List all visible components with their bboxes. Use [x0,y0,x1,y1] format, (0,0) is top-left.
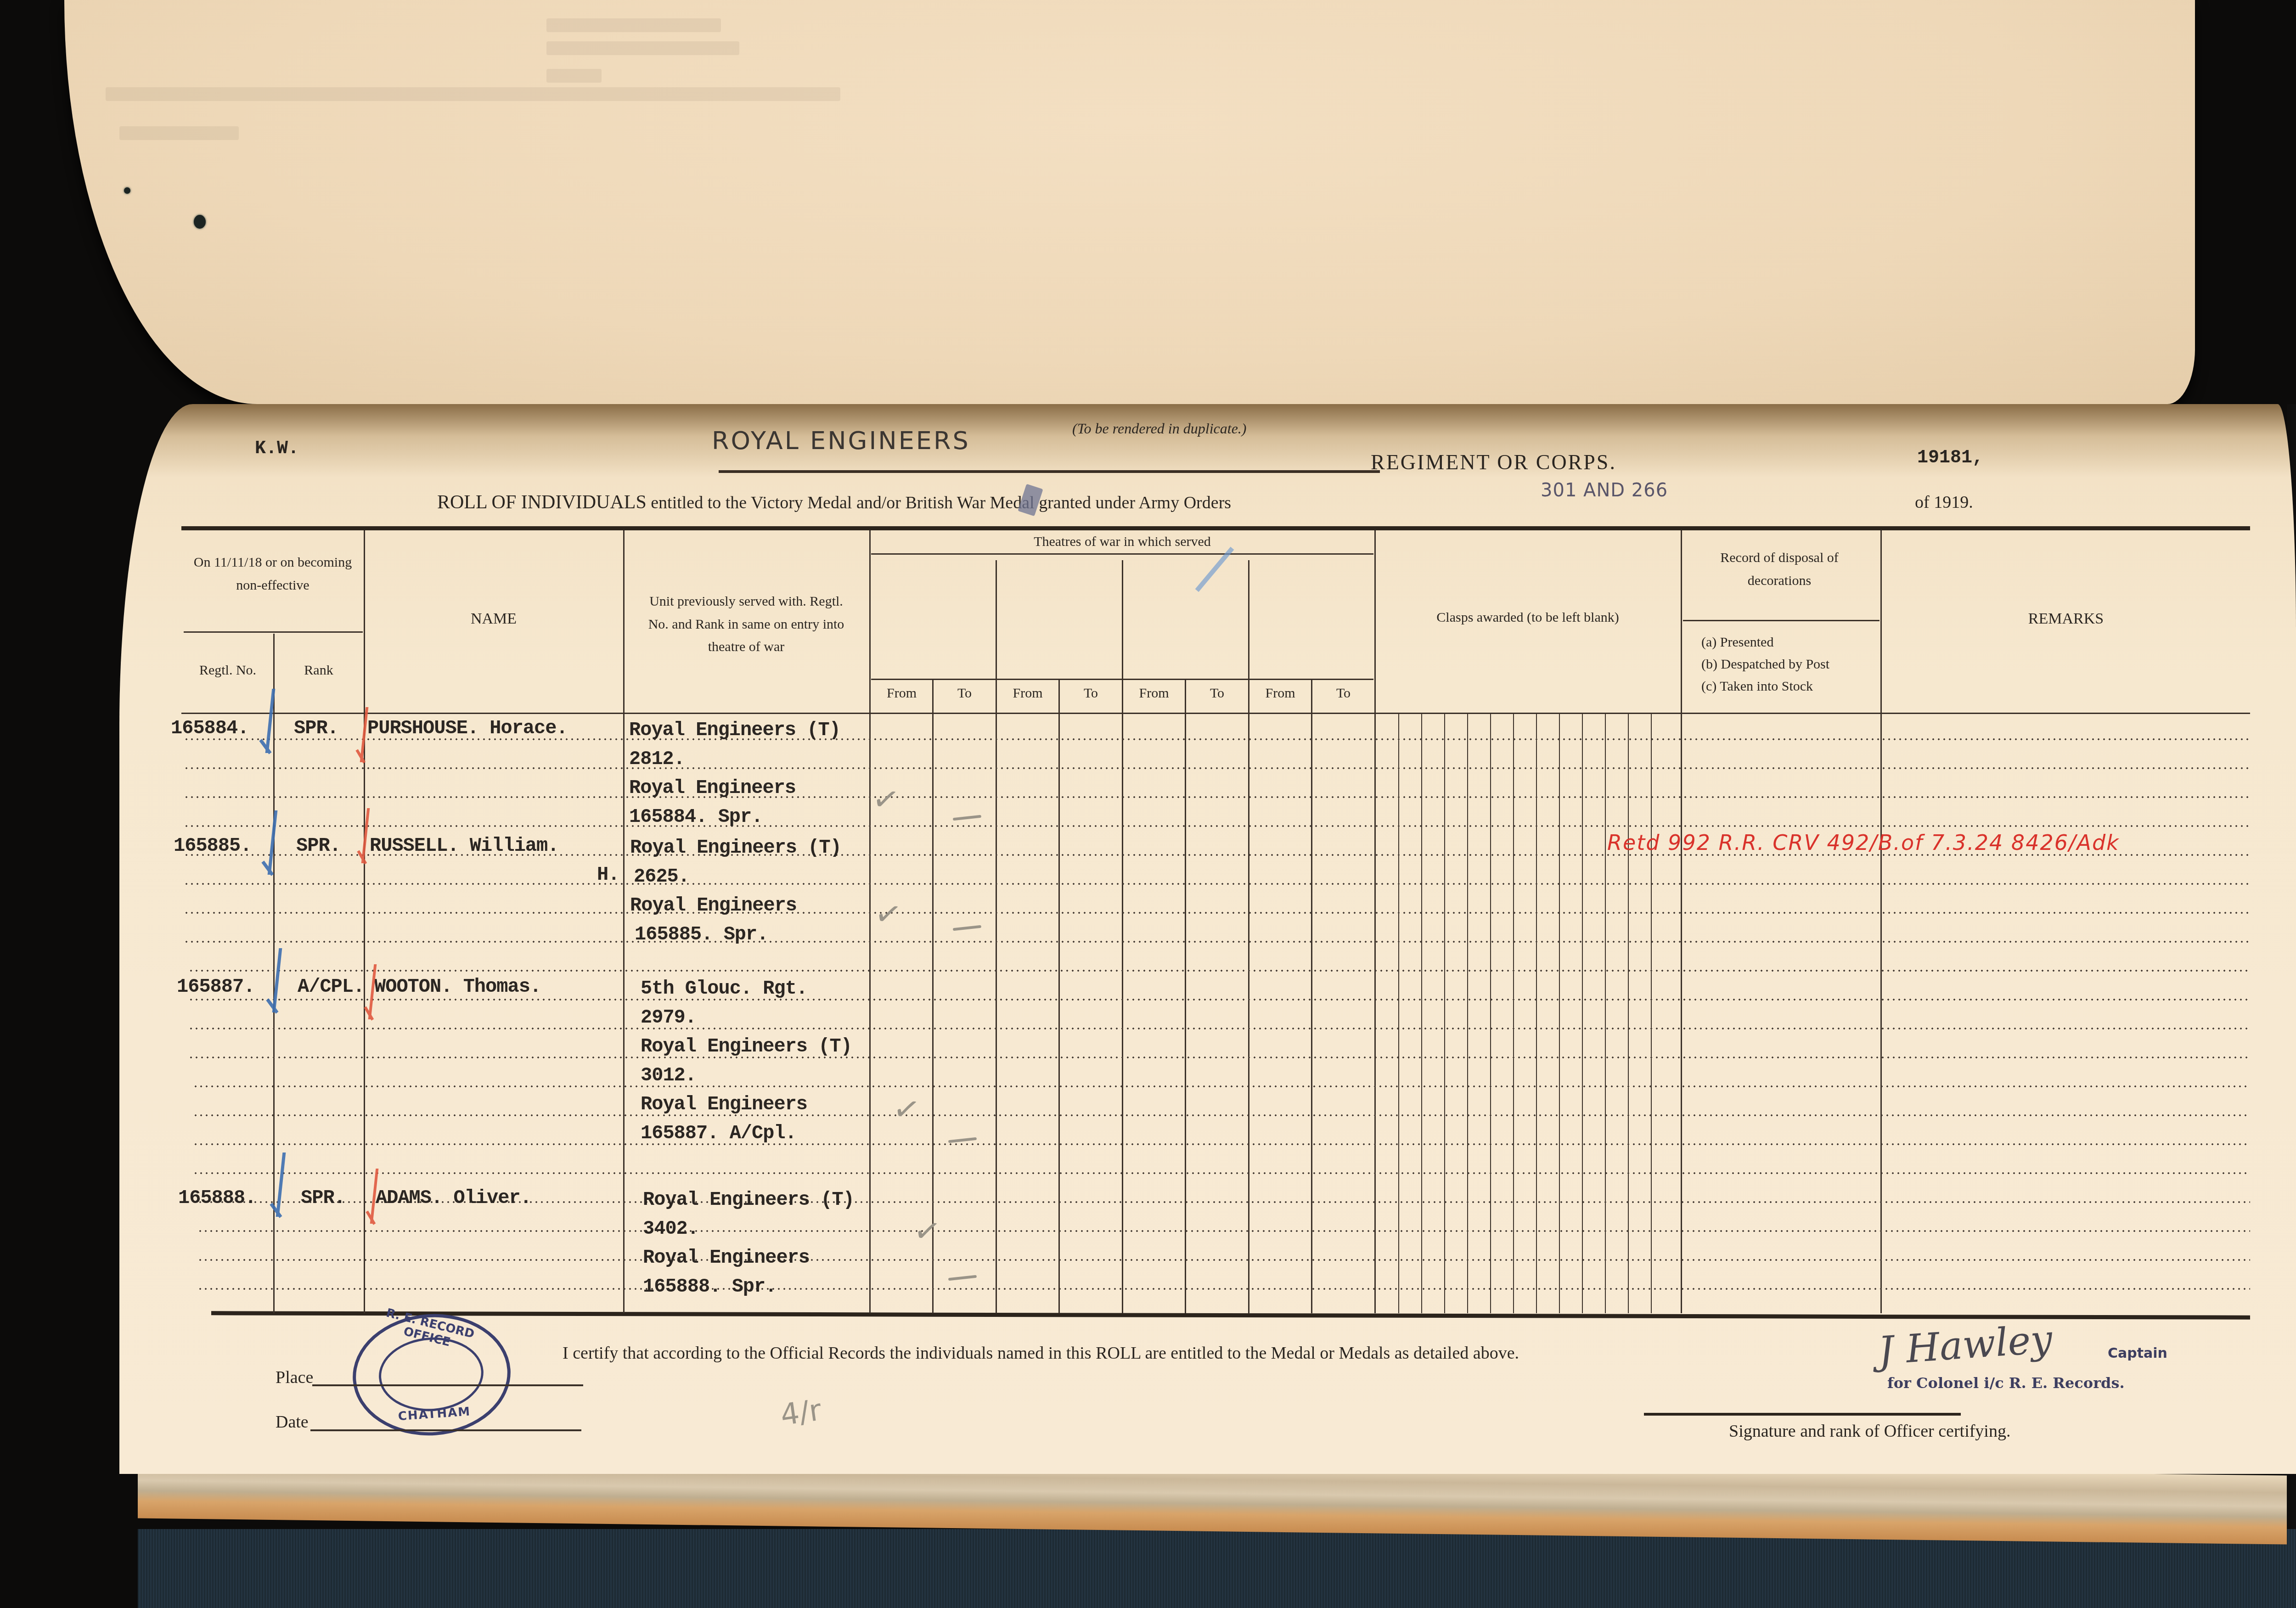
name: ADAMS. Oliver. [376,1187,531,1209]
dotted-rule [193,1114,2250,1116]
unit-header: Unit previously served with. Regtl. No. … [638,590,854,658]
bleed-through-text [546,18,721,32]
theatres-header: Theatres of war in which served [871,530,1373,553]
record-header: Record of disposal of decorations [1699,546,1860,592]
regiment-label: REGIMENT OR CORPS. [1371,450,1616,474]
clasp-divider [1490,714,1491,1313]
corps-title: ROYAL ENGINEERS [712,426,970,455]
dotted-rule [188,970,2250,972]
clasp-divider [1651,714,1652,1313]
record-option-presented: (a) Presented [1701,631,1876,653]
army-orders-number: 301 AND 266 [1541,480,1668,501]
clasp-divider [1559,714,1560,1313]
dotted-rule [184,796,2250,798]
dotted-rule [184,825,2250,827]
dotted-rule [193,1172,2250,1174]
unit-line: 2625. [634,866,689,888]
from-to-divider [1058,679,1060,1313]
signature-line [1644,1413,1961,1416]
clasps-header: Clasps awarded (to be left blank) [1376,606,1680,629]
corps-underline [719,470,1380,473]
name-header: NAME [365,606,622,632]
signature-caption: Signature and rank of Officer certifying… [1729,1421,2010,1441]
dotted-rule [193,1143,2250,1145]
unit-line: 165884. Spr. [629,806,762,828]
clasp-divider [1421,714,1422,1313]
header-bottom-rule [181,713,2250,714]
certification-statement: I certify that according to the Official… [563,1343,1519,1363]
year-reference: 19181, [1917,448,1983,468]
col-divider [1681,530,1682,1313]
theatre-3-from: From [1123,682,1185,705]
book-cover-bottom [138,1529,2296,1608]
regtl-no: 165887. [177,976,254,998]
regtl-no: 165885. [174,835,251,857]
unit-line: 2812. [629,748,685,770]
red-ink-remark: Retd 992 R.R. CRV 492/B.of 7.3.24 8426/A… [1607,830,2120,855]
bleed-through-text [546,41,739,55]
unit-line: 5th Glouc. Rgt. [641,978,807,1000]
name: RUSSELL. William. [370,835,558,857]
previous-page [64,0,2195,404]
theatre-4-to: To [1312,682,1374,705]
from-to-divider [1185,679,1186,1313]
roll-title-caps: ROLL OF INDIVIDUALS [437,492,647,513]
place-field [312,1384,583,1386]
unit-line: 165885. Spr. [635,923,768,945]
regtl-no-header: Regtl. No. [183,659,273,682]
dotted-rule [184,912,2250,914]
table-top-rule [181,526,2250,530]
binding-hole [194,215,206,229]
col-divider [1374,530,1376,1313]
effective-group-header: On 11/11/18 or on becoming non-effective [183,551,363,596]
col-divider [1122,560,1123,1313]
bleed-through-text [106,87,840,101]
unit-line: 165887. A/Cpl. [641,1122,796,1144]
clasp-divider [1628,714,1629,1313]
place-label: Place [276,1367,313,1388]
dotted-rule [184,767,2250,769]
unit-line: Royal Engineers (T) [629,719,840,741]
from-to-rule [871,679,1373,680]
unit-line: 165888. Spr. [643,1276,776,1298]
theatre-3-to: To [1186,682,1248,705]
office-stamp: for Colonel i/c R. E. Records. [1887,1374,2125,1392]
binding-hole [124,187,130,194]
record-option-post: (b) Despatched by Post [1701,653,1876,675]
dotted-rule [188,1028,2250,1029]
clasp-divider [1582,714,1583,1313]
dotted-rule [184,941,2250,943]
rank-stamp: Captain [2108,1345,2167,1361]
rank: SPR. [296,835,341,857]
theatres-rule [871,553,1373,555]
name: PURSHOUSE. Horace. [367,717,568,739]
col-divider [996,560,997,1313]
rank: SPR. [301,1187,345,1209]
dotted-rule [197,1288,2250,1290]
name: WOOTON. Thomas. [374,976,541,998]
col-divider [623,530,625,1313]
theatre-2-from: From [997,682,1058,705]
dotted-rule [188,999,2250,1001]
theatre-1-from: From [871,682,932,705]
effective-group-rule [184,631,363,633]
dotted-rule [188,1057,2250,1058]
unit-line: 3012. [641,1064,696,1086]
unit-line: 2979. [641,1006,696,1029]
duplicate-note: (To be rendered in duplicate.) [1072,420,1246,437]
col-divider [364,530,365,1313]
clerk-code: K.W. [255,439,299,459]
roll-title-rest: entitled to the Victory Medal and/or Bri… [647,493,1231,512]
from-to-divider [1311,679,1312,1313]
record-rule [1683,620,1880,621]
clasp-divider [1444,714,1445,1313]
unit-line: Royal Engineers [643,1247,810,1269]
pencil-note: 4/r [778,1393,823,1433]
dotted-rule [197,1259,2250,1261]
unit-line: Royal Engineers (T) [630,837,841,859]
bleed-through-text [546,69,602,83]
dotted-rule [193,1085,2250,1087]
date-label: Date [276,1412,309,1432]
record-option-stock: (c) Taken into Stock [1701,675,1876,697]
col-divider [1880,530,1882,1313]
unit-line: 3402. [643,1218,698,1240]
date-field [310,1429,581,1431]
theatre-1-to: To [934,682,996,705]
clasp-divider [1513,714,1514,1313]
rank-header: Rank [274,659,363,682]
bleed-through-text [119,126,239,140]
stamp-text-bottom: CHATHAM [386,1404,483,1425]
remarks-header: REMARKS [1882,606,2250,632]
unit-line: Royal Engineers [630,894,797,916]
rank: SPR. [294,717,338,739]
record-options: (a) Presented (b) Despatched by Post (c)… [1701,631,1876,697]
unit-line: Royal Engineers (T) [641,1035,852,1057]
roll-title: ROLL OF INDIVIDUALS entitled to the Vict… [437,491,1231,513]
theatre-4-from: From [1249,682,1311,705]
clasp-divider [1605,714,1606,1313]
col-divider [1248,560,1249,1313]
unit-line: Royal Engineers [641,1093,807,1115]
regtl-no: 165884. [171,717,248,739]
regtl-no: 165888. [178,1187,256,1209]
clasp-divider [1467,714,1468,1313]
dotted-rule [184,883,2250,885]
col-divider [869,530,871,1313]
clasp-divider [1536,714,1537,1313]
name-continuation: H. [597,864,619,886]
theatre-2-to: To [1060,682,1122,705]
dotted-rule [197,1230,2250,1232]
unit-line: Royal Engineers [629,777,796,799]
unit-line: Royal Engineers (T) [643,1189,854,1211]
clasp-divider [1398,714,1399,1313]
orders-year: of 1919. [1915,492,1973,512]
rank: A/CPL. [298,976,364,998]
